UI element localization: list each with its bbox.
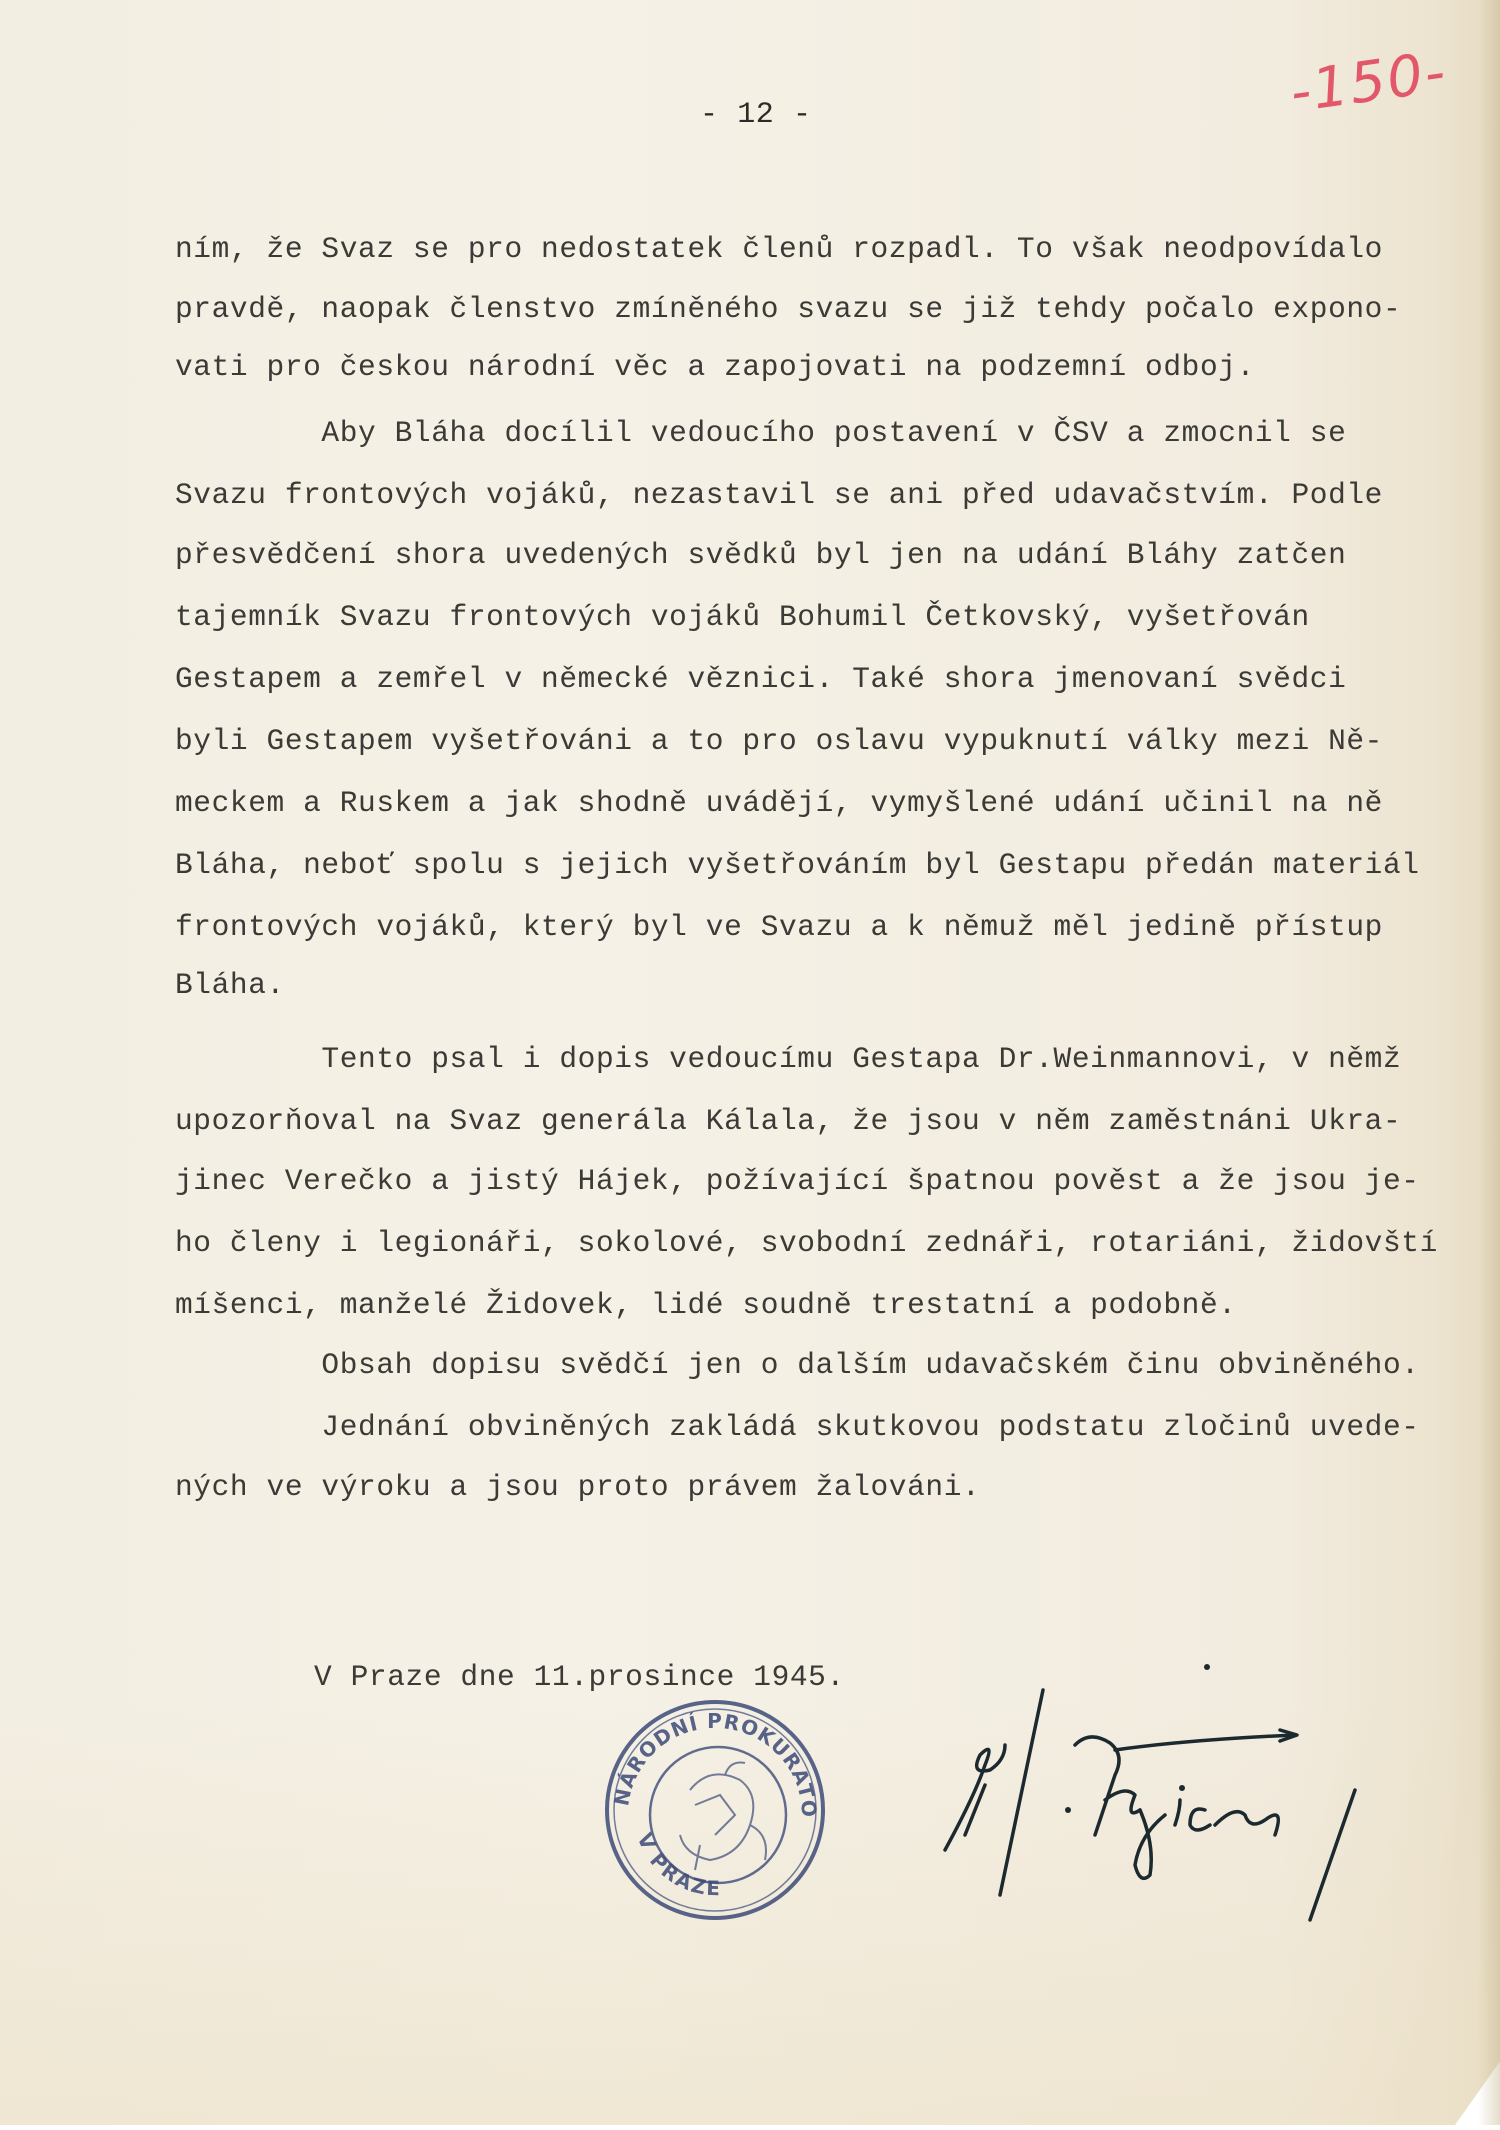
text-line: tajemník Svazu frontových vojáků Bohumil… — [175, 600, 1310, 634]
handwritten-signature — [925, 1645, 1385, 1935]
text-line: pravdě, naopak členstvo zmíněného svazu … — [175, 292, 1401, 326]
text-line: Tento psal i dopis vedoucímu Gestapa Dr.… — [175, 1042, 1401, 1076]
text-line: byli Gestapem vyšetřováni a to pro oslav… — [175, 724, 1383, 758]
paper-edge-shadow — [1478, 0, 1500, 2125]
text-line: Bláha. — [175, 968, 285, 1002]
place-and-date: V Praze dne 11.prosince 1945. — [314, 1660, 845, 1694]
text-line: Jednání obviněných zakládá skutkovou pod… — [175, 1410, 1420, 1444]
text-line: míšenci, manželé Židovek, lidé soudně tr… — [175, 1288, 1237, 1322]
official-stamp: NÁRODNÍ PROKURATOR V PRAZE — [600, 1695, 830, 1925]
text-line: Aby Bláha docílil vedoucího postavení v … — [175, 416, 1346, 450]
text-line: vati pro českou národní věc a zapojovati… — [175, 350, 1255, 384]
text-line: meckem a Ruskem a jak shodně uvádějí, vy… — [175, 786, 1383, 820]
text-line: přesvědčení shora uvedených svědků byl j… — [175, 538, 1346, 572]
text-line: jinec Verečko a jistý Hájek, požívající … — [175, 1164, 1420, 1198]
text-line: Gestapem a zemřel v německé věznici. Tak… — [175, 662, 1346, 696]
svg-text:NÁRODNÍ PROKURATOR: NÁRODNÍ PROKURATOR — [600, 1695, 821, 1819]
text-line: ho členy i legionáři, sokolové, svobodní… — [175, 1226, 1438, 1260]
text-line: Svazu frontových vojáků, nezastavil se a… — [175, 478, 1383, 512]
stamp-seal-icon: NÁRODNÍ PROKURATOR V PRAZE — [600, 1695, 830, 1925]
page-number: - 12 - — [700, 98, 812, 132]
text-line: Bláha, neboť spolu s jejich vyšetřováním… — [175, 848, 1420, 882]
text-line: ním, že Svaz se pro nedostatek členů roz… — [175, 232, 1383, 266]
svg-text:V PRAZE: V PRAZE — [633, 1829, 723, 1900]
text-line: frontových vojáků, který byl ve Svazu a … — [175, 910, 1383, 944]
signature-icon — [925, 1645, 1385, 1935]
text-line: Obsah dopisu svědčí jen o dalším udavačs… — [175, 1348, 1420, 1382]
text-line: ných ve výroku a jsou proto právem žalov… — [175, 1470, 980, 1504]
text-line: upozorňoval na Svaz generála Kálala, že … — [175, 1104, 1401, 1138]
